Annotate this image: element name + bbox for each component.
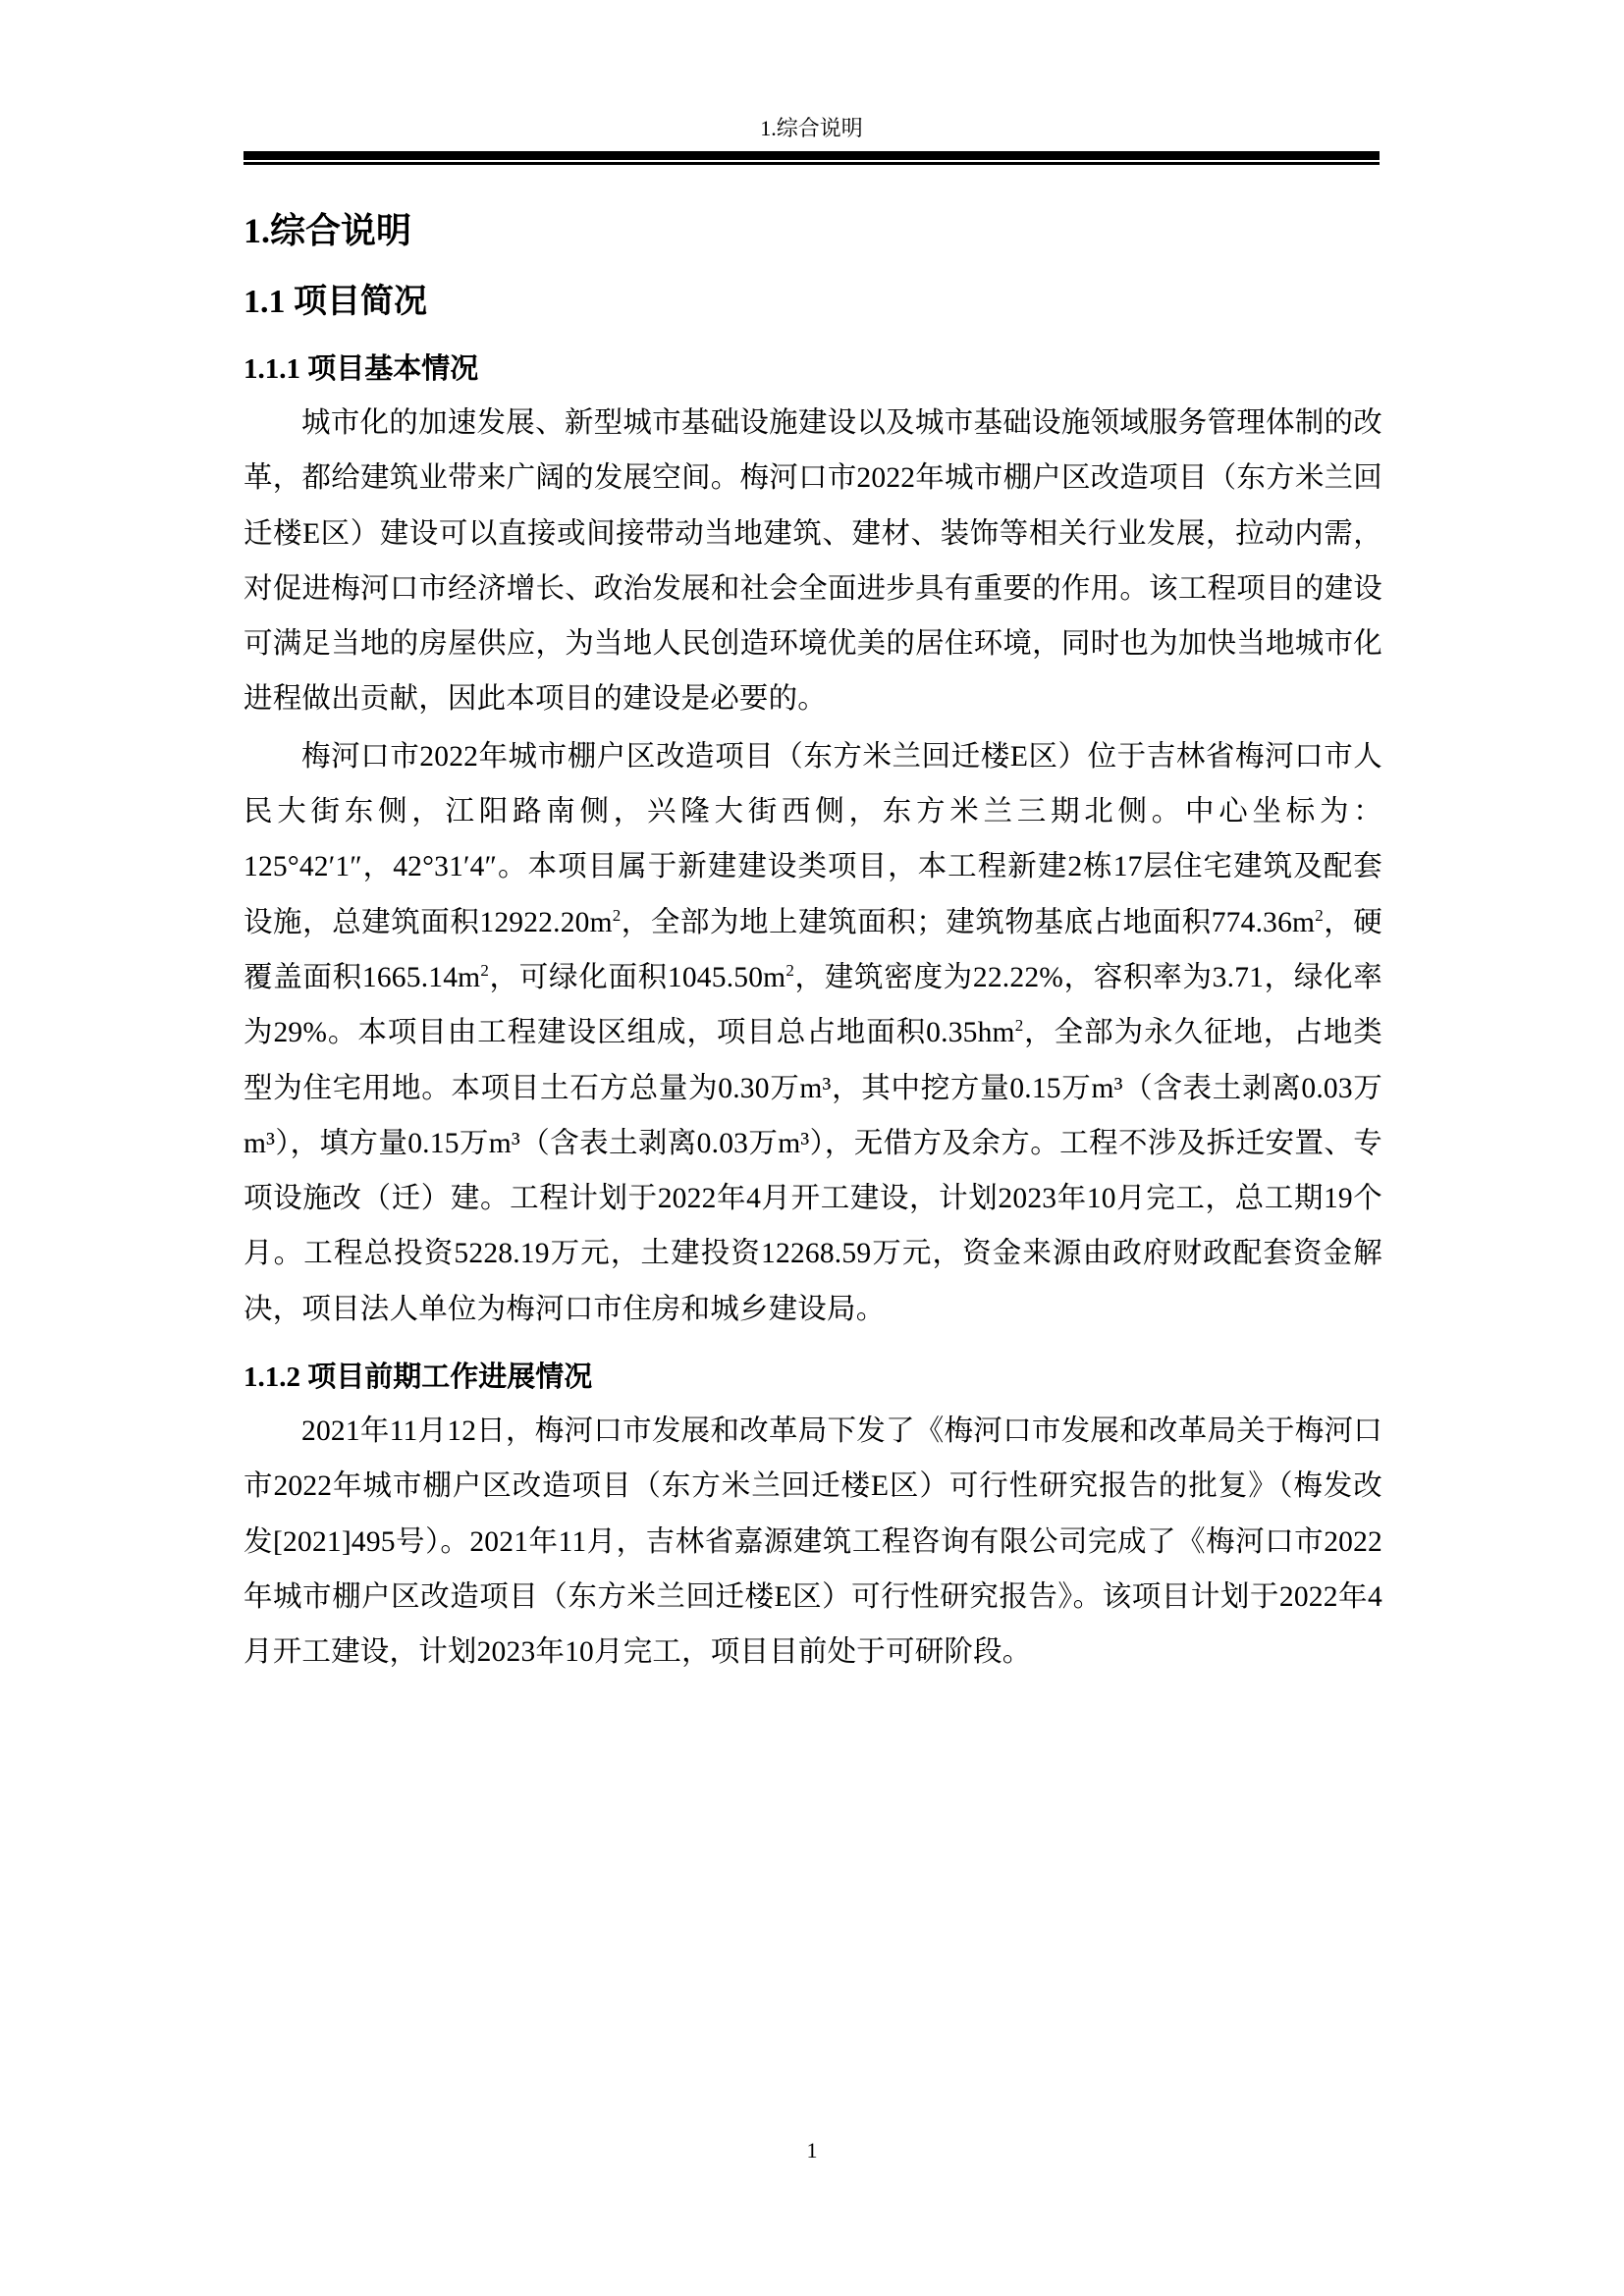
subsection-title-basic-info: 1.1.1 项目基本情况 <box>244 345 1382 394</box>
section-title: 1.1 项目简况 <box>244 276 1382 329</box>
header-rule-thick <box>244 151 1380 160</box>
text-run: ，全部为地上建筑面积；建筑物基底占地面积774.36m <box>621 907 1315 938</box>
paragraph-preliminary-work: 2021年11月12日，梅河口市发展和改革局下发了《梅河口市发展和改革局关于梅河… <box>244 1404 1382 1680</box>
superscript: 2 <box>1315 906 1324 925</box>
page-number: 1 <box>0 2138 1624 2163</box>
text-run: ，全部为永久征地，占地类型为住宅用地。本项目土石方总量为0.30万m³，其中挖方… <box>244 1017 1382 1324</box>
document-page: 1.综合说明 1.综合说明 1.1 项目简况 1.1.1 项目基本情况 城市化的… <box>0 0 1624 2296</box>
running-header: 1.综合说明 <box>244 116 1380 141</box>
superscript: 2 <box>785 961 794 980</box>
subsection-title-preliminary-work: 1.1.2 项目前期工作进展情况 <box>244 1353 1382 1402</box>
paragraph-project-overview: 梅河口市2022年城市棚户区改造项目（东方米兰回迁楼E区）位于吉林省梅河口市人民… <box>244 729 1382 1337</box>
superscript: 2 <box>480 961 489 980</box>
text-run: ，可绿化面积1045.50m <box>489 962 785 993</box>
paragraph-necessity: 城市化的加速发展、新型城市基础设施建设以及城市基础设施领域服务管理体制的改革，都… <box>244 396 1382 727</box>
chapter-title: 1.综合说明 <box>244 205 1382 256</box>
header-rule-thin <box>244 162 1380 165</box>
document-body: 1.综合说明 1.1 项目简况 1.1.1 项目基本情况 城市化的加速发展、新型… <box>244 191 1382 1681</box>
